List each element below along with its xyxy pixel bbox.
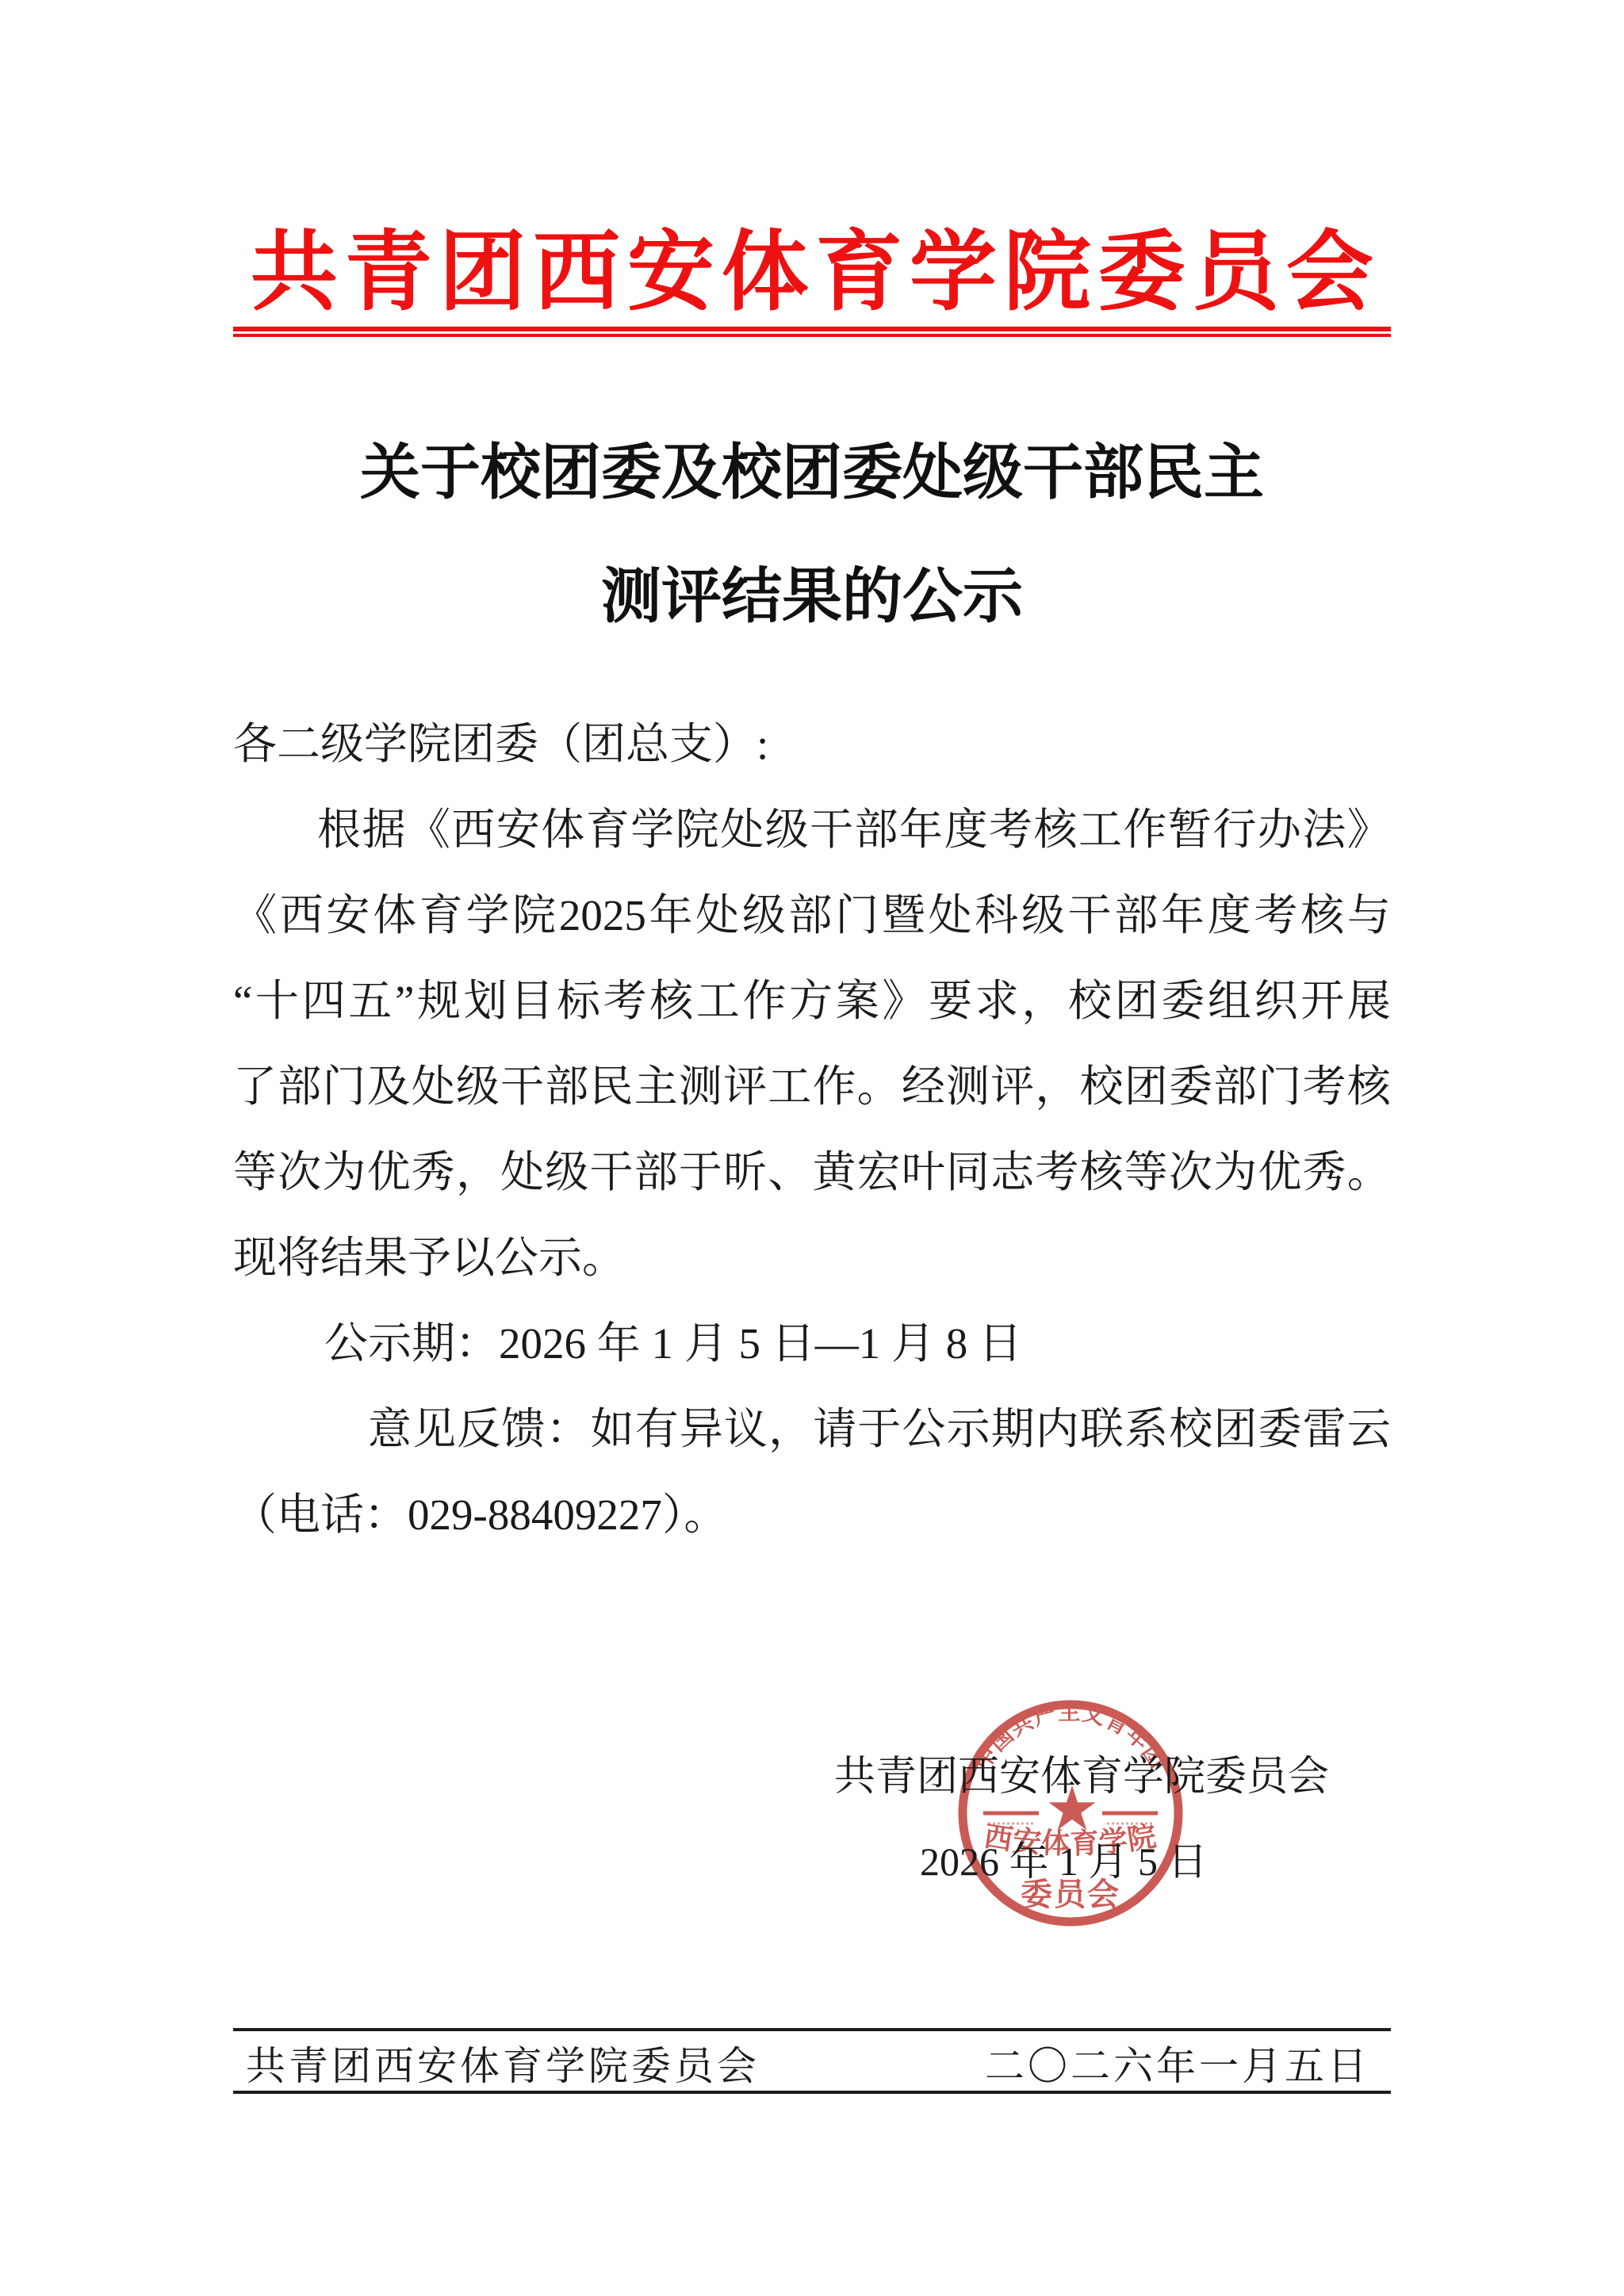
letterhead-rule-thick: [233, 327, 1391, 331]
body-line-phone: （电话：029-88409227）。: [233, 1490, 1391, 1540]
footer-org-name: 共青团西安体育学院委员会: [246, 2043, 760, 2089]
footer-rule-top: [233, 2028, 1391, 2031]
body-line-3: 《西安体育学院2025年处级部门暨处科级干部年度考核与: [233, 891, 1391, 940]
body-line-2: 根据《西安体育学院处级干部年度考核工作暂行办法》: [233, 806, 1391, 855]
body-line-7: 现将结果予以公示。: [233, 1234, 1391, 1283]
official-seal-icon: 中国共产主义青年团 西安体育学院 委员会: [940, 1682, 1201, 1944]
document-title-line-1: 关于校团委及校团委处级干部民主: [0, 438, 1624, 509]
body-line-salutation: 各二级学院团委（团总支）:: [233, 720, 1391, 769]
document-page: 共青团西安体育学院委员会 关于校团委及校团委处级干部民主 测评结果的公示 各二级…: [0, 0, 1624, 2296]
footer-rule-bottom: [233, 2091, 1391, 2094]
body-line-publicity-period: 公示期：2026 年 1 月 5 日—1 月 8 日: [233, 1319, 1391, 1368]
letterhead-rule-thin: [233, 334, 1391, 337]
body-line-5: 了部门及处级干部民主测评工作。经测评，校团委部门考核: [233, 1062, 1391, 1112]
footer-row: 共青团西安体育学院委员会 二〇二六年一月五日: [233, 2043, 1391, 2091]
body-line-4: “十四五”规划目标考核工作方案》要求，校团委组织开展: [233, 977, 1391, 1026]
letterhead-org-name: 共青团西安体育学院委员会: [233, 228, 1391, 322]
body-line-feedback: 意见反馈：如有异议，请于公示期内联系校团委雷云: [233, 1405, 1391, 1454]
signature-org-name: 共青团西安体育学院委员会: [834, 1743, 1329, 1802]
signature-date: 2026 年 1 月 5 日: [920, 1830, 1208, 1887]
footer-date: 二〇二六年一月五日: [985, 2043, 1370, 2089]
body-line-6: 等次为优秀，处级干部于昕、黄宏叶同志考核等次为优秀。: [233, 1148, 1391, 1197]
document-title-line-2: 测评结果的公示: [0, 561, 1624, 633]
